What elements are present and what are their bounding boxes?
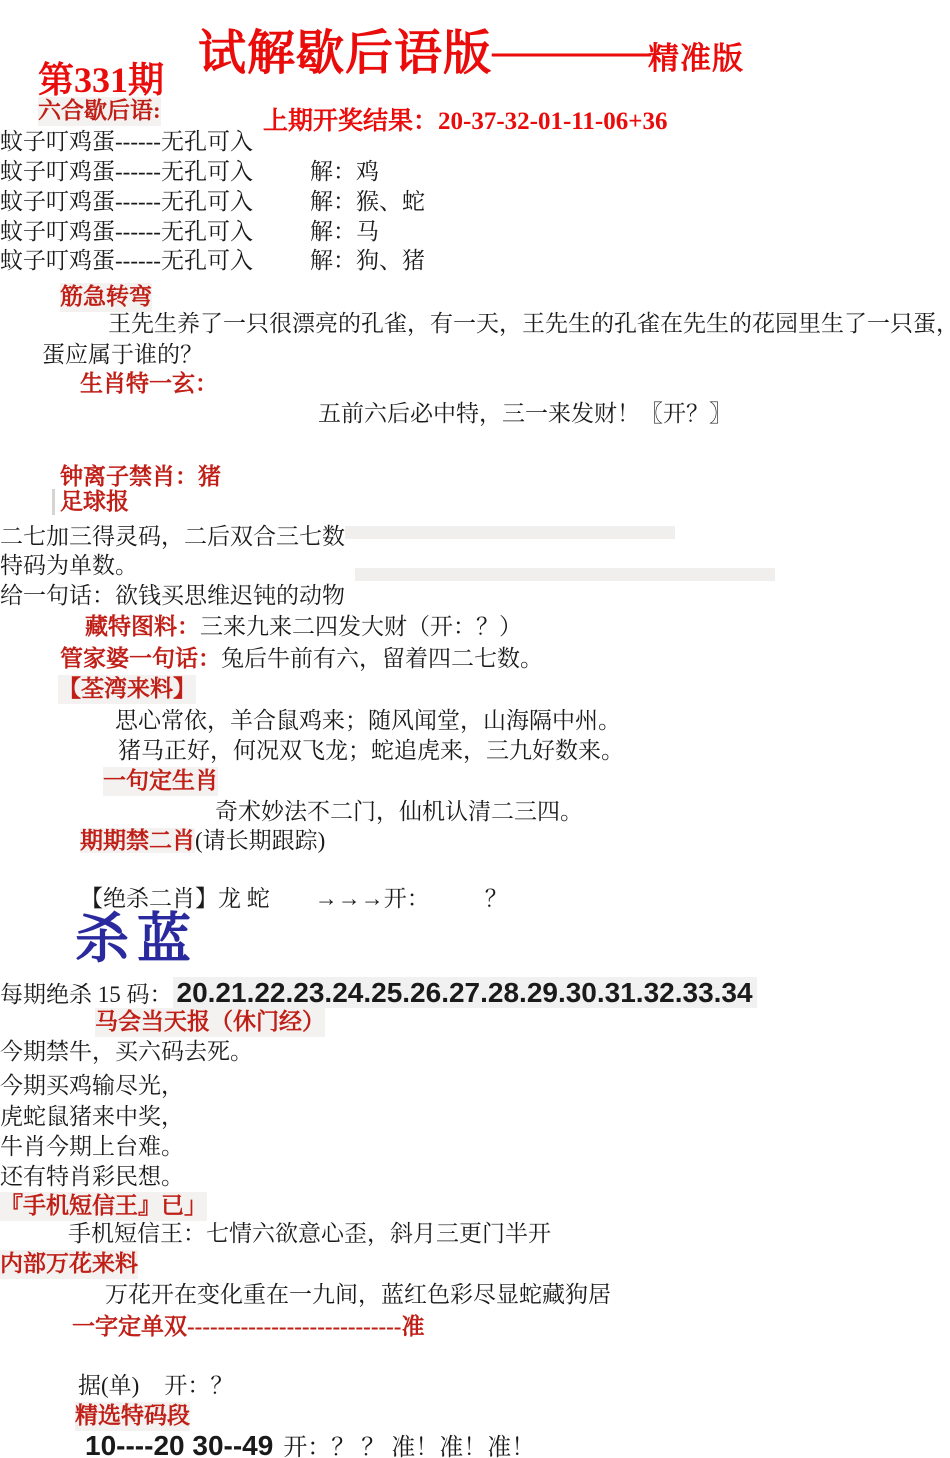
brain-teaser-line2: 蛋应属于谁的？ <box>42 341 203 370</box>
tema-label: 精选特码段 <box>75 1402 190 1431</box>
riddle-text: 蚊子叮鸡蛋------无孔可入 <box>0 129 253 154</box>
mahui-line5: 还有特肖彩民想。 <box>0 1163 184 1192</box>
riddle-row: 蚊子叮鸡蛋------无孔可入 解：狗、猪 <box>0 247 253 276</box>
yiju-label: 一句定生肖 <box>103 767 218 796</box>
football-report-label: 足球报 <box>60 488 129 517</box>
mahui-line4: 牛肖今期上台难。 <box>0 1133 184 1162</box>
danshuang-result-right: 开：？ <box>164 1373 233 1398</box>
category-label: 六合歇后语: <box>38 97 161 126</box>
riddle-answer: 解：鸡 <box>310 158 379 187</box>
zodiac-mystery-content: 五前六后必中特，三一来发财！〖开？〗 <box>318 400 732 429</box>
mahui-line2: 今期买鸡输尽光， <box>0 1072 184 1101</box>
zodiac-mystery-label: 生肖特一玄： <box>80 370 218 399</box>
mahui-line3: 虎蛇鼠猪来中奖， <box>0 1103 184 1132</box>
yiju-content: 奇术妙法不二门，仙机认清二三四。 <box>215 798 583 827</box>
tema-result: 10----20 30--49开：？ ？ 准！准！准！ <box>85 1428 535 1458</box>
riddle-text: 蚊子叮鸡蛋------无孔可入 <box>0 219 253 244</box>
football-line3: 给一句话：欲钱买思维迟钝的动物 <box>0 582 345 611</box>
riddle-row: 蚊子叮鸡蛋------无孔可入 解：马 <box>0 218 253 247</box>
brain-teaser-label: 筋急转弯 <box>60 283 152 312</box>
title-dashes: ———— <box>492 29 648 75</box>
danshuang-result-left: 据(单) <box>78 1373 139 1398</box>
qiqi-label: 期期禁二肖 <box>80 828 195 853</box>
qiqi-line: 期期禁二肖(请长期跟踪) <box>80 827 325 856</box>
guanjiapo-line: 管家婆一句话：兔后牛前有六，留着四二七数。 <box>60 645 543 674</box>
kill-blue-title: 杀蓝 <box>75 906 199 974</box>
wanhua-content: 万花开在变化重在一九间，蓝红色彩尽显蛇藏狗居 <box>105 1281 611 1310</box>
tema-open: 开：？ ？ 准！准！准！ <box>283 1435 535 1458</box>
tema-range: 10----20 30--49 <box>85 1430 273 1458</box>
erased-text-smudge <box>355 568 775 581</box>
football-line2: 特码为单数。 <box>0 552 138 581</box>
danshuang-result: 据(单)开：？ <box>78 1372 233 1401</box>
sms-king-label: 『手机短信王』已」 <box>0 1192 207 1221</box>
riddle-answer: 解：狗、猪 <box>310 247 425 276</box>
kill-15-line: 每期绝杀 15 码：20.21.22.23.24.25.26.27.28.29.… <box>0 975 757 1010</box>
riddle-row: 蚊子叮鸡蛋------无孔可入 解：猴、蛇 <box>0 188 253 217</box>
tip-sheet-page: 试解歇后语版————精准版 第331期 六合歇后语: 上期开奖结果：20-37-… <box>0 0 950 1458</box>
page-subtitle: 精准版 <box>648 41 744 76</box>
guanjiapo-label: 管家婆一句话： <box>60 646 221 671</box>
riddle-row: 蚊子叮鸡蛋------无孔可入 解：鸡 <box>0 158 253 187</box>
page-title-text: 试解歇后语版 <box>198 27 492 80</box>
juesha-question: ？ <box>485 886 508 911</box>
riddle-answer: 解：猴、蛇 <box>310 188 425 217</box>
mahui-line1: 今期禁牛，买六码去死。 <box>0 1038 253 1067</box>
page-title: 试解歇后语版————精准版 <box>198 24 744 84</box>
cangte-line: 藏特图料：三来九来二四发大财（开：？） <box>85 613 522 642</box>
riddle-text: 蚊子叮鸡蛋------无孔可入 <box>0 159 253 184</box>
quanwan-line1: 思心常依，羊合鼠鸡来；随风闻堂，山海隔中州。 <box>115 707 621 736</box>
brain-teaser-line1: 王先生养了一只很漂亮的孔雀，有一天，王先生的孔雀在先生的花园里生了一只蛋，请问这… <box>108 310 950 339</box>
quanwan-label: 【荃湾来料】 <box>58 675 196 704</box>
erased-text-smudge <box>345 526 675 539</box>
football-line1: 二七加三得灵码，二后双合三七数 <box>0 523 345 552</box>
juesha-arrows: →→→开： <box>315 886 430 911</box>
cangte-content: 三来九来二四发大财（开：？） <box>200 614 522 639</box>
riddle-text: 蚊子叮鸡蛋------无孔可入 <box>0 189 253 214</box>
artifact-bar <box>52 489 55 515</box>
last-draw-result: 上期开奖结果：20-37-32-01-11-06+36 <box>263 106 668 137</box>
kill-15-label: 每期绝杀 15 码： <box>0 982 173 1007</box>
kill-15-numbers: 20.21.22.23.24.25.26.27.28.29.30.31.32.3… <box>173 977 757 1008</box>
quanwan-line2: 猪马正好，何况双飞龙；蛇追虎来，三九好数来。 <box>118 737 624 766</box>
qiqi-note: (请长期跟踪) <box>195 828 325 853</box>
riddle-answer: 解：马 <box>310 218 379 247</box>
riddle-text: 蚊子叮鸡蛋------无孔可入 <box>0 248 253 273</box>
sms-king-content: 手机短信王：七情六欲意心歪，斜月三更门半开 <box>68 1220 551 1249</box>
cangte-label: 藏特图料： <box>85 614 200 639</box>
guanjiapo-content: 兔后牛前有六，留着四二七数。 <box>221 646 543 671</box>
mahui-label: 马会当天报（休门经） <box>95 1008 325 1037</box>
riddle-row: 蚊子叮鸡蛋------无孔可入 <box>0 128 253 157</box>
danshuang-label: 一字定单双----------------------------准 <box>72 1313 424 1342</box>
wanhua-label: 内部万花来料 <box>0 1250 138 1279</box>
